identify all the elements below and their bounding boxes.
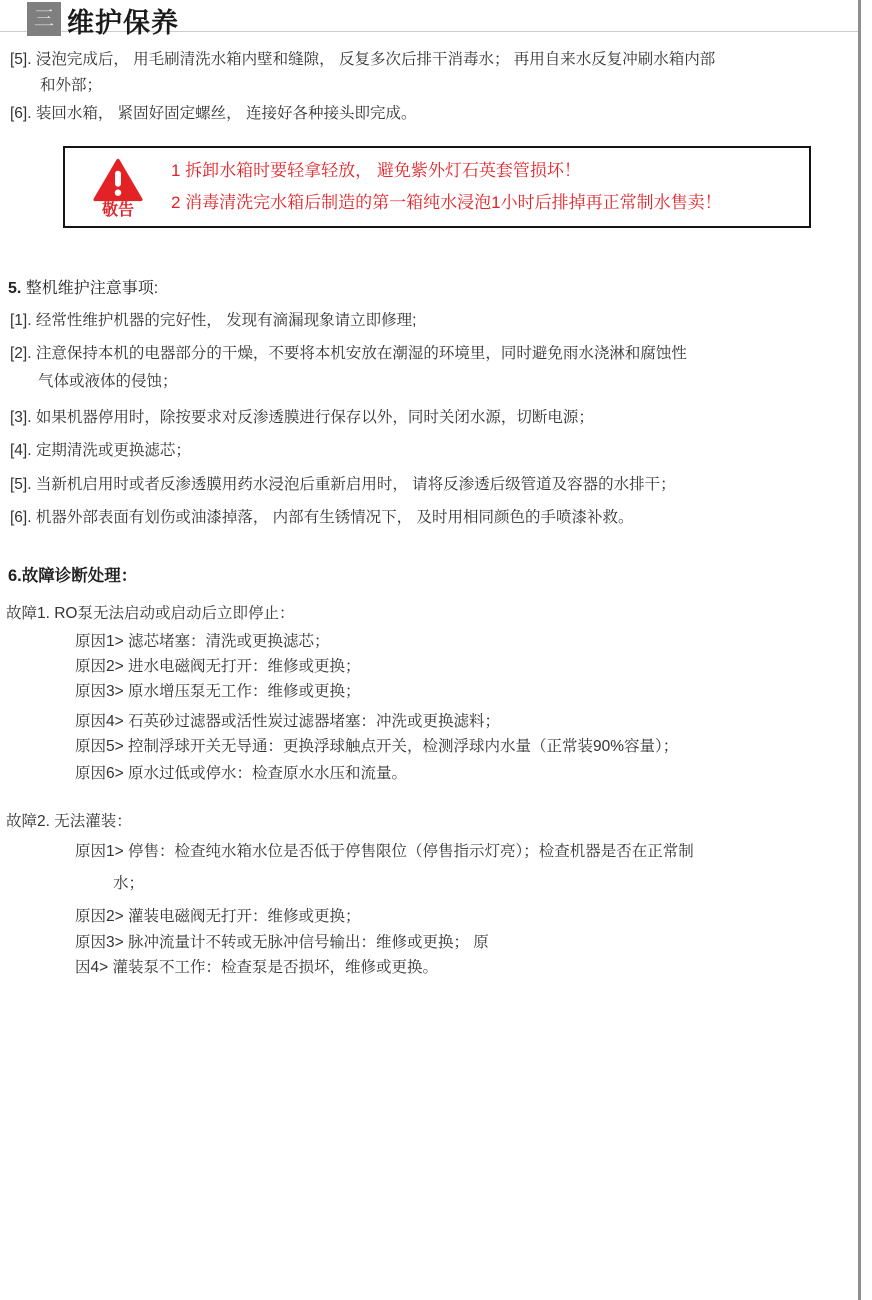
maint-item-5: [5]. 当新机启用时或者反渗透膜用药水浸泡后重新启用时， 请将反渗透后级管道及…	[10, 475, 676, 495]
fault-1-cause-4: 原因4> 石英砂过滤器或活性炭过滤器堵塞：冲洗或更换滤料；	[75, 712, 500, 732]
fault-1-cause-2: 原因2> 进水电磁阀无打开：维修或更换；	[75, 657, 360, 677]
section-5-title: 整机维护注意事项:	[26, 280, 158, 297]
warning-label: 敬告	[102, 202, 134, 220]
section-5-number: 5.	[8, 280, 21, 297]
fault-2-cause-2: 原因2> 灌装电磁阀无打开：维修或更换；	[75, 907, 360, 927]
warning-icon-column: 敬告	[65, 154, 171, 220]
section-number-badge: 三	[27, 2, 61, 36]
step-5-line-1: [5]. 浸泡完成后， 用毛刷清洗水箱内壁和缝隙， 反复多次后排干消毒水； 再用…	[10, 50, 715, 70]
badge-glyph: 三	[34, 9, 54, 29]
warning-line-1: 1 拆卸水箱时要轻拿轻放， 避免紫外灯石英套管损坏！	[171, 155, 809, 187]
maint-item-6: [6]. 机器外部表面有划伤或油漆掉落， 内部有生锈情况下， 及时用相同颜色的手…	[10, 508, 633, 528]
fault-2-cause-1-line-1: 原因1> 停售：检查纯水箱水位是否低于停售限位（停售指示灯亮）；检查机器是否在正…	[75, 842, 694, 862]
maint-item-2-line-2: 气体或液体的侵蚀；	[38, 372, 178, 392]
fault-1-cause-1: 原因1> 滤芯堵塞：清洗或更换滤芯；	[75, 632, 329, 652]
fault-2-cause-3: 原因3> 脉冲流量计不转或无脉冲信号输出：维修或更换； 原	[75, 933, 489, 953]
warning-triangle-icon	[92, 158, 144, 202]
section-6-heading: 6.故障诊断处理：	[8, 566, 137, 586]
warning-box: 敬告 1 拆卸水箱时要轻拿轻放， 避免紫外灯石英套管损坏！ 2 消毒清洗完水箱后…	[63, 146, 811, 228]
step-6-line: [6]. 装回水箱， 紧固好固定螺丝， 连接好各种接头即完成。	[10, 104, 416, 124]
maint-item-2-line-1: [2]. 注意保持本机的电器部分的干燥，不要将本机安放在潮湿的环境里，同时避免雨…	[10, 344, 687, 364]
manual-page: 三 维护保养 [5]. 浸泡完成后， 用毛刷清洗水箱内壁和缝隙， 反复多次后排干…	[0, 0, 872, 1300]
right-border-line	[858, 0, 861, 1300]
page-title: 维护保养	[67, 1, 179, 40]
fault-1-cause-5: 原因5> 控制浮球开关无导通：更换浮球触点开关，检测浮球内水量（正常装90%容量…	[75, 737, 678, 757]
fault-1-title: 故障1. RO泵无法启动或启动后立即停止：	[6, 604, 294, 624]
fault-2-cause-4: 因4> 灌装泵不工作：检查泵是否损坏，维修或更换。	[75, 958, 438, 978]
maint-item-3: [3]. 如果机器停用时，除按要求对反渗透膜进行保存以外，同时关闭水源，切断电源…	[10, 408, 594, 428]
step-5-line-2: 和外部；	[40, 76, 102, 96]
maint-item-4: [4]. 定期清洗或更换滤芯；	[10, 441, 191, 461]
maint-item-1: [1]. 经常性维护机器的完好性， 发现有滴漏现象请立即修理;	[10, 311, 416, 331]
warning-line-2: 2 消毒清洗完水箱后制造的第一箱纯水浸泡1小时后排掉再正常制水售卖！	[171, 187, 809, 219]
fault-1-cause-3: 原因3> 原水增压泵无工作：维修或更换；	[75, 682, 360, 702]
warning-text-block: 1 拆卸水箱时要轻拿轻放， 避免紫外灯石英套管损坏！ 2 消毒清洗完水箱后制造的…	[171, 155, 809, 219]
fault-2-title: 故障2. 无法灌装：	[6, 812, 132, 832]
fault-1-cause-6: 原因6> 原水过低或停水：检查原水水压和流量。	[75, 764, 407, 784]
section-5-heading: 5. 整机维护注意事项:	[8, 279, 158, 299]
fault-2-cause-1-line-2: 水；	[113, 874, 144, 894]
